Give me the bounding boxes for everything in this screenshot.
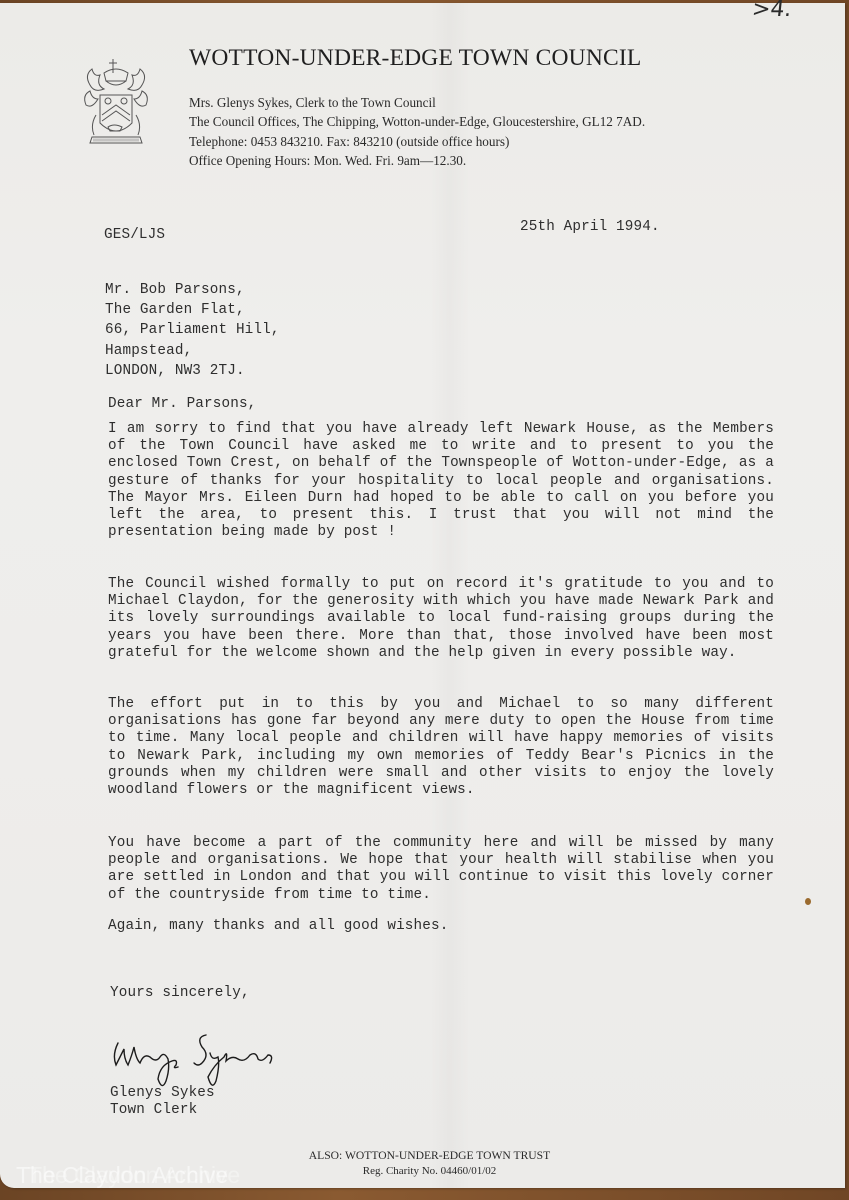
body-paragraph: I am sorry to find that you have already… (108, 421, 774, 541)
signer-name: Glenys Sykes (110, 1085, 215, 1101)
salutation: Dear Mr. Parsons, (108, 396, 256, 412)
footer-trust: ALSO: WOTTON-UNDER-EDGE TOWN TRUST (5, 1149, 849, 1162)
address-line: LONDON, NW3 2TJ. (105, 361, 280, 381)
letterhead-address: The Council Offices, The Chipping, Wotto… (189, 112, 645, 131)
letterhead-telephone: Telephone: 0453 843210. Fax: 843210 (out… (189, 132, 645, 151)
letterhead-details: Mrs. Glenys Sykes, Clerk to the Town Cou… (189, 93, 645, 170)
address-line: Mr. Bob Parsons, (105, 280, 280, 300)
address-line: The Garden Flat, (105, 300, 280, 320)
body-paragraph: The effort put in to this by you and Mic… (108, 696, 774, 799)
letter-paper: >4. WOTTON-UNDER-EDGE TOWN COUNCIL Mrs. … (0, 3, 845, 1188)
letter-date: 25th April 1994. (520, 219, 660, 235)
body-paragraph: Again, many thanks and all good wishes. (108, 918, 774, 935)
letterhead-clerk: Mrs. Glenys Sykes, Clerk to the Town Cou… (189, 93, 645, 112)
body-paragraph: The Council wished formally to put on re… (108, 576, 774, 662)
letter-reference: GES/LJS (104, 227, 165, 243)
address-line: Hampstead, (105, 341, 280, 361)
handwritten-page-note: >4. (751, 0, 793, 22)
town-crest-icon (80, 55, 152, 153)
body-paragraph: You have become a part of the community … (108, 835, 774, 904)
closing: Yours sincerely, (110, 985, 250, 1001)
watermark: The Claydon Archive (16, 1162, 228, 1189)
signer-title: Town Clerk (110, 1102, 197, 1118)
letterhead-title: WOTTON-UNDER-EDGE TOWN COUNCIL (189, 45, 641, 72)
recipient-address: Mr. Bob Parsons, The Garden Flat, 66, Pa… (105, 280, 280, 381)
letterhead-hours: Office Opening Hours: Mon. Wed. Fri. 9am… (189, 151, 645, 170)
address-line: 66, Parliament Hill, (105, 320, 280, 340)
paper-stain (805, 898, 811, 905)
